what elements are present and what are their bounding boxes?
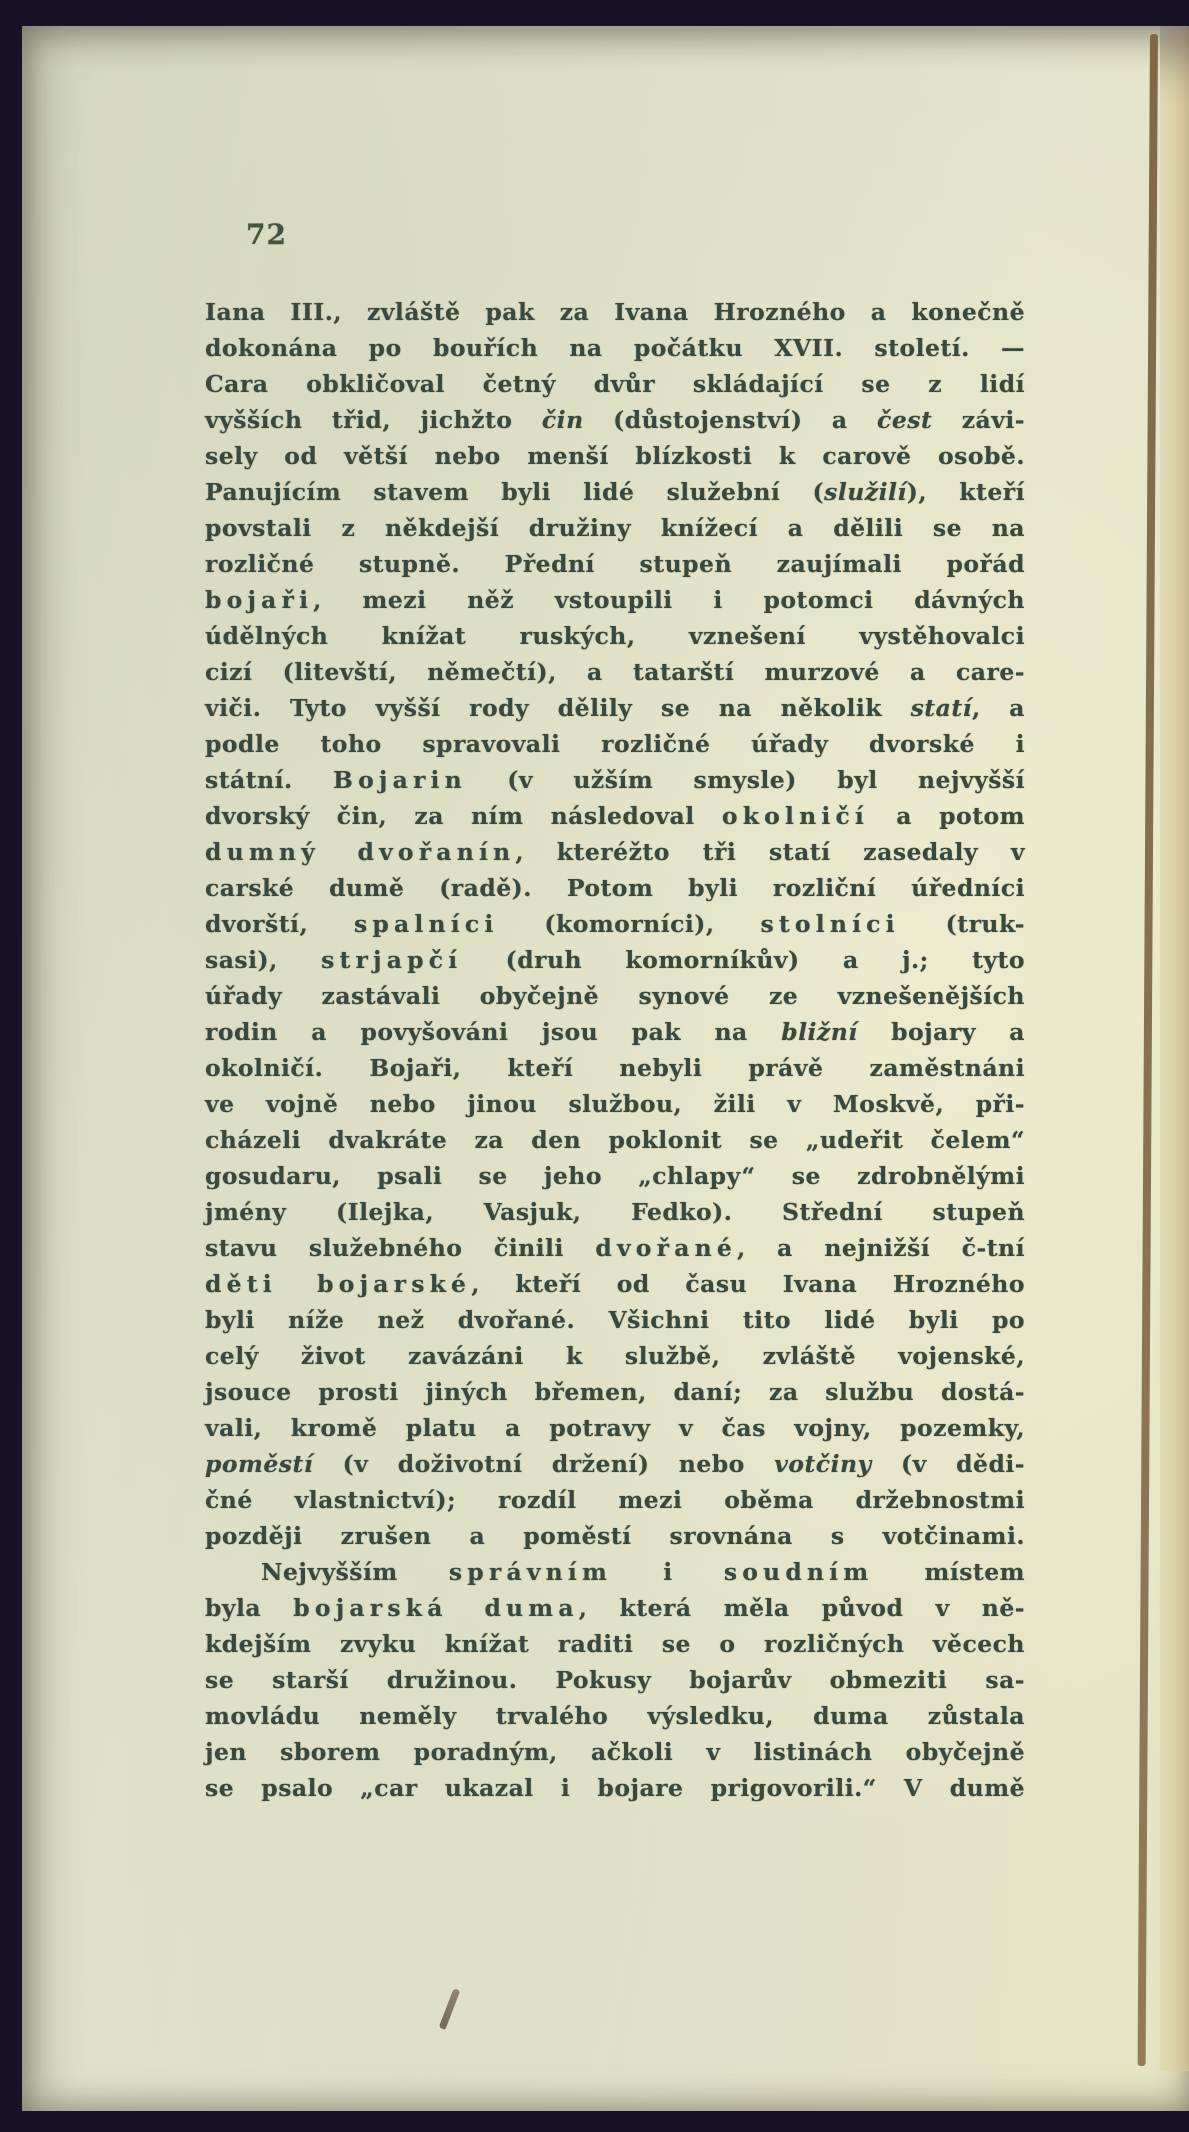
text-segment: carské dumě (radě). Potom byli rozliční …: [205, 874, 1025, 902]
text-segment: a potom: [869, 802, 1025, 830]
text-segment: dokonána po bouřích na počátku XVII. sto…: [205, 334, 1025, 362]
text-segment: vali, kromě platu a potravy v čas vojny,…: [205, 1414, 1025, 1442]
text-segment: byla: [205, 1594, 293, 1622]
text-segment: Nejvyšším: [261, 1558, 449, 1586]
text-segment: dvorští,: [205, 910, 354, 938]
text-segment: , mezi něž vstoupili i potomci dávných: [313, 586, 1025, 614]
text-segment: bojarská duma: [293, 1594, 578, 1622]
text-segment: gosudaru, psali se jeho „chlapy“ se zdro…: [205, 1162, 1025, 1190]
scan-frame: { "page": { "number": "72", "lines": [ {…: [0, 0, 1189, 2132]
text-line: vali, kromě platu a potravy v čas vojny,…: [205, 1410, 1025, 1446]
text-line: byli níže než dvořané. Všichni tito lidé…: [205, 1302, 1025, 1338]
handwritten-slash-mark: [439, 1988, 461, 2030]
text-segment: bojaři: [205, 586, 313, 614]
text-segment: , kteréžto tři statí zasedaly v: [515, 838, 1025, 866]
text-line: cházeli dvakráte za den poklonit se „ude…: [205, 1122, 1025, 1158]
text-line: okolničí. Bojaři, kteří nebyli právě zam…: [205, 1050, 1025, 1086]
page-gutter-line: [1138, 34, 1158, 2066]
text-segment: státní.: [205, 766, 333, 794]
text-line: podle toho spravovali rozličné úřady dvo…: [205, 726, 1025, 762]
text-segment: (v užším smysle) byl nejvyšší: [467, 766, 1025, 794]
text-segment: , která měla původ v ně-: [579, 1594, 1025, 1622]
text-segment: čné vlastnictví); rozdíl mezi oběma drže…: [205, 1486, 1025, 1514]
text-segment: služilí: [824, 478, 907, 506]
text-line: carské dumě (radě). Potom byli rozliční …: [205, 870, 1025, 906]
text-segment: (v doživotní držení) nebo: [313, 1450, 774, 1478]
text-segment: okolničí. Bojaři, kteří nebyli právě zam…: [205, 1054, 1025, 1082]
text-segment: (v dědi-: [872, 1450, 1025, 1478]
text-line: viči. Tyto vyšší rody dělily se na někol…: [205, 690, 1025, 726]
text-segment: bojary a: [858, 1018, 1025, 1046]
text-segment: viči. Tyto vyšší rody dělily se na někol…: [205, 694, 911, 722]
text-line: sasi), strjapčí (druh komorníkův) a j.; …: [205, 942, 1025, 978]
text-segment: povstali z někdejší družiny knížecí a dě…: [205, 514, 1025, 542]
text-line: movládu neměly trvalého výsledku, duma z…: [205, 1698, 1025, 1734]
text-segment: ), kteří: [907, 478, 1025, 506]
text-segment: (truk-: [900, 910, 1025, 938]
text-line: dumný dvořanín, kteréžto tři statí zased…: [205, 834, 1025, 870]
text-segment: dumný dvořanín: [205, 838, 515, 866]
text-line: později zrušen a poměstí srovnána s votč…: [205, 1518, 1025, 1554]
text-segment: Panujícím stavem byli lidé služební (: [205, 478, 824, 506]
text-segment: správním: [449, 1558, 612, 1586]
text-segment: soudním: [724, 1558, 874, 1586]
text-line: sely od větší nebo menší blízkosti k car…: [205, 438, 1025, 474]
text-line: kdejším zvyku knížat raditi se o rozličn…: [205, 1626, 1025, 1662]
text-line: bojaři, mezi něž vstoupili i potomci dáv…: [205, 582, 1025, 618]
text-segment: jsouce prosti jiných břemen, daní; za sl…: [205, 1378, 1025, 1406]
text-segment: okolničí: [722, 802, 869, 830]
text-segment: dvorský čin, za ním následoval: [205, 802, 722, 830]
text-segment: cházeli dvakráte za den poklonit se „ude…: [205, 1126, 1025, 1154]
text-block: Iana III., zvláště pak za Ivana Hrozného…: [205, 294, 1025, 1806]
text-segment: ve vojně nebo jinou službou, žili v Mosk…: [205, 1090, 1025, 1118]
text-line: se starší družinou. Pokusy bojarův obmez…: [205, 1662, 1025, 1698]
text-line: Nejvyšším správním i soudním místem: [205, 1554, 1025, 1590]
text-segment: rozličné stupně. Přední stupeň zaujímali…: [205, 550, 1025, 578]
text-segment: jmény (Ilejka, Vasjuk, Fedko). Střední s…: [205, 1198, 1025, 1226]
text-segment: Bojarin: [333, 766, 467, 794]
text-segment: Cara obkličoval četný dvůr skládající se…: [205, 370, 1025, 398]
text-segment: poměstí: [205, 1450, 313, 1478]
text-segment: (důstojenství) a: [584, 406, 877, 434]
text-segment: úřady zastávali obyčejně synové ze vzneš…: [205, 982, 1025, 1010]
text-segment: stavu služebného činili: [205, 1234, 595, 1262]
text-segment: byli níže než dvořané. Všichni tito lidé…: [205, 1306, 1025, 1334]
text-segment: později zrušen a poměstí srovnána s votč…: [205, 1522, 1025, 1550]
text-segment: se psalo „car ukazal i bojare prigovoril…: [205, 1774, 1025, 1802]
text-segment: údělných knížat ruských, vznešení vystěh…: [205, 622, 1025, 650]
text-segment: votčiny: [774, 1450, 871, 1478]
text-line: stavu služebného činili dvořané, a nejni…: [205, 1230, 1025, 1266]
text-line: dokonána po bouřích na počátku XVII. sto…: [205, 330, 1025, 366]
text-segment: podle toho spravovali rozličné úřady dvo…: [205, 730, 1025, 758]
text-line: povstali z někdejší družiny knížecí a dě…: [205, 510, 1025, 546]
text-line: státní. Bojarin (v užším smysle) byl nej…: [205, 762, 1025, 798]
text-segment: (druh komorníkův) a j.; tyto: [462, 946, 1025, 974]
text-segment: (komorníci),: [498, 910, 760, 938]
text-line: rodin a povyšováni jsou pak na bližní bo…: [205, 1014, 1025, 1050]
text-segment: dvořané: [595, 1234, 737, 1262]
text-line: ve vojně nebo jinou službou, žili v Mosk…: [205, 1086, 1025, 1122]
text-segment: celý život zavázáni k službě, zvláště vo…: [205, 1342, 1025, 1370]
text-line: Panujícím stavem byli lidé služební (slu…: [205, 474, 1025, 510]
text-line: čné vlastnictví); rozdíl mezi oběma drže…: [205, 1482, 1025, 1518]
text-segment: čin: [542, 406, 584, 434]
text-segment: spalníci: [354, 910, 498, 938]
text-segment: děti bojarské: [205, 1270, 471, 1298]
text-line: jen sborem poradným, ačkoli v listinách …: [205, 1734, 1025, 1770]
text-segment: kdejším zvyku knížat raditi se o rozličn…: [205, 1630, 1025, 1658]
text-segment: i: [612, 1558, 724, 1586]
page-number: 72: [246, 218, 287, 251]
text-line: Cara obkličoval četný dvůr skládající se…: [205, 366, 1025, 402]
text-line: byla bojarská duma, která měla původ v n…: [205, 1590, 1025, 1626]
text-segment: vyšších třid, jichžto: [205, 406, 542, 434]
text-segment: bližní: [781, 1018, 857, 1046]
text-segment: se starší družinou. Pokusy bojarův obmez…: [205, 1666, 1025, 1694]
book-page: 72 Iana III., zvláště pak za Ivana Hrozn…: [22, 26, 1189, 2111]
text-segment: sasi),: [205, 946, 321, 974]
text-line: rozličné stupně. Přední stupeň zaujímali…: [205, 546, 1025, 582]
text-segment: sely od větší nebo menší blízkosti k car…: [205, 442, 1025, 470]
text-line: celý život zavázáni k službě, zvláště vo…: [205, 1338, 1025, 1374]
text-line: Iana III., zvláště pak za Ivana Hrozného…: [205, 294, 1025, 330]
text-segment: strjapčí: [321, 946, 462, 974]
text-segment: , a: [972, 694, 1025, 722]
text-segment: závi-: [932, 406, 1025, 434]
text-segment: Iana III., zvláště pak za Ivana Hrozného…: [205, 298, 1025, 326]
text-line: úřady zastávali obyčejně synové ze vzneš…: [205, 978, 1025, 1014]
text-line: gosudaru, psali se jeho „chlapy“ se zdro…: [205, 1158, 1025, 1194]
text-segment: rodin a povyšováni jsou pak na: [205, 1018, 781, 1046]
text-line: jsouce prosti jiných břemen, daní; za sl…: [205, 1374, 1025, 1410]
text-line: se psalo „car ukazal i bojare prigovoril…: [205, 1770, 1025, 1806]
text-line: děti bojarské, kteří od času Ivana Hrozn…: [205, 1266, 1025, 1302]
text-segment: jen sborem poradným, ačkoli v listinách …: [205, 1738, 1025, 1766]
text-line: dvorský čin, za ním následoval okolničí …: [205, 798, 1025, 834]
text-segment: , a nejnižší č-tní: [737, 1234, 1025, 1262]
text-line: údělných knížat ruských, vznešení vystěh…: [205, 618, 1025, 654]
text-segment: statí: [911, 694, 972, 722]
text-segment: místem: [873, 1558, 1025, 1586]
text-segment: cizí (litevští, němečtí), a tatarští mur…: [205, 658, 1025, 686]
text-segment: stolníci: [760, 910, 899, 938]
adjacent-page-edge: [1160, 26, 1189, 2071]
text-segment: movládu neměly trvalého výsledku, duma z…: [205, 1702, 1025, 1730]
text-segment: čest: [877, 406, 932, 434]
text-line: cizí (litevští, němečtí), a tatarští mur…: [205, 654, 1025, 690]
text-line: dvorští, spalníci (komorníci), stolníci …: [205, 906, 1025, 942]
text-segment: , kteří od času Ivana Hrozného: [471, 1270, 1025, 1298]
text-line: vyšších třid, jichžto čin (důstojenství)…: [205, 402, 1025, 438]
text-line: poměstí (v doživotní držení) nebo votčin…: [205, 1446, 1025, 1482]
text-line: jmény (Ilejka, Vasjuk, Fedko). Střední s…: [205, 1194, 1025, 1230]
